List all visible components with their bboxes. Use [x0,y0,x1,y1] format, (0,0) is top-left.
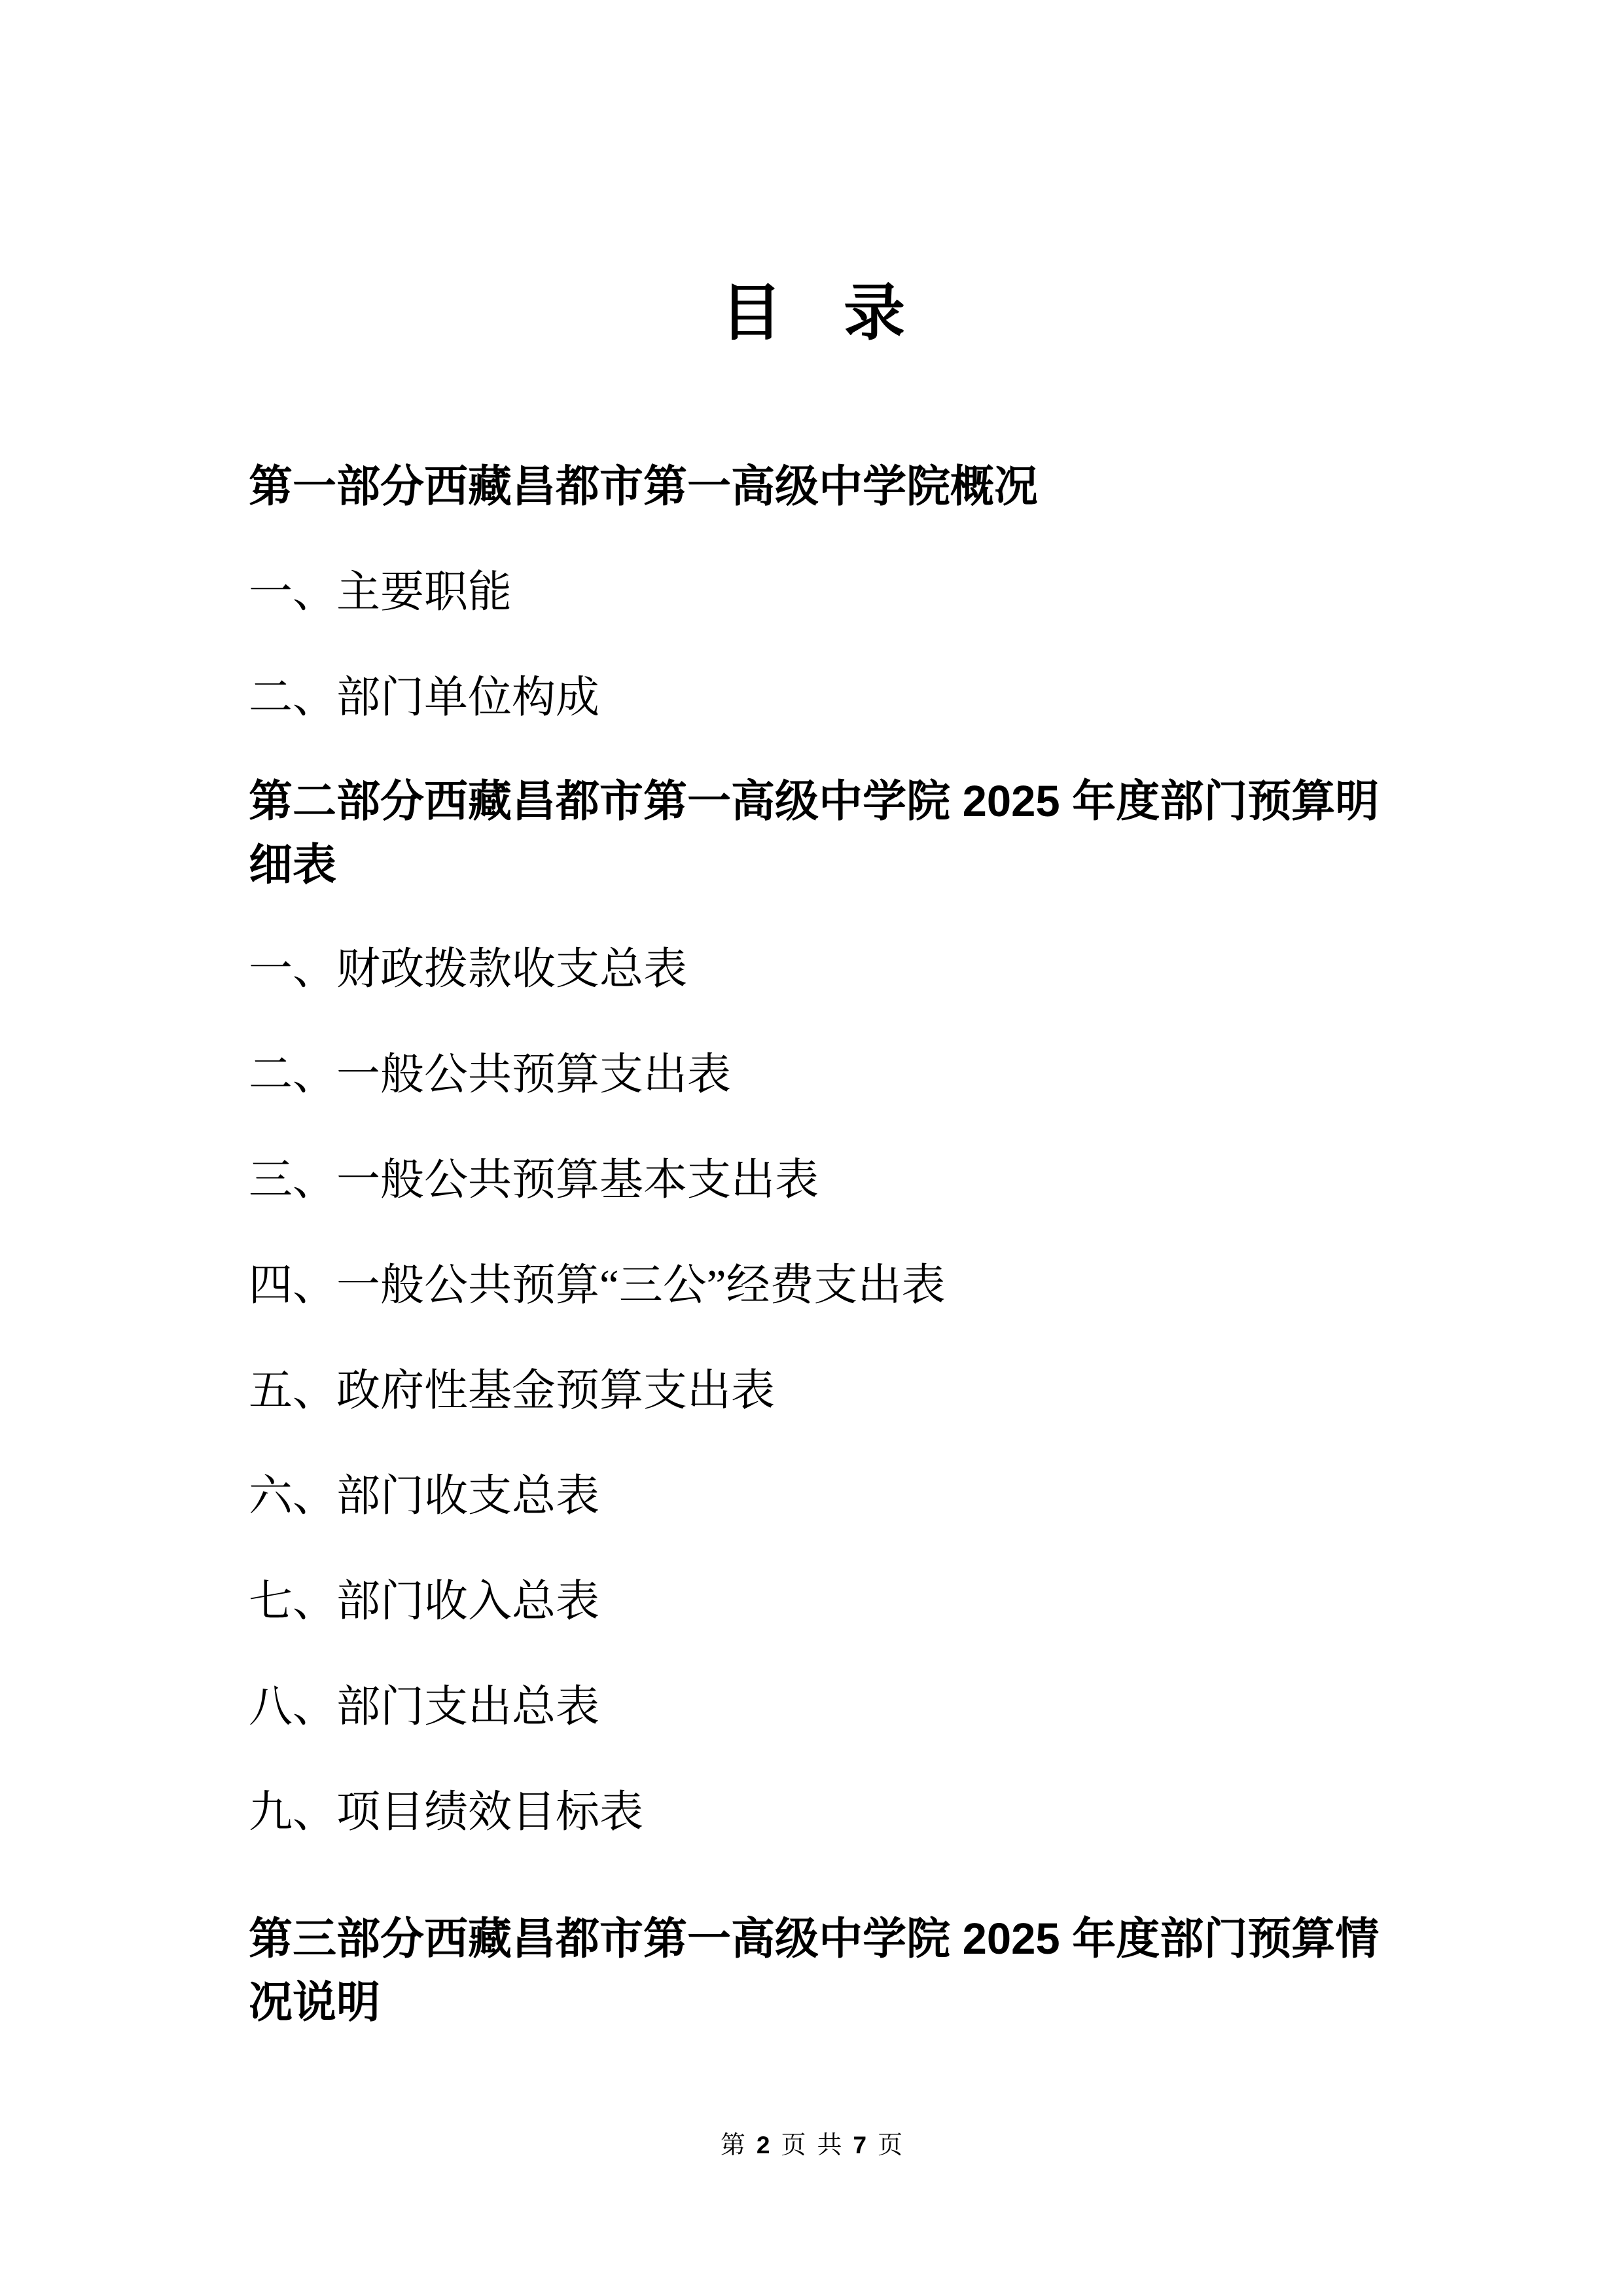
footer-label-ye-2: 页 [878,2131,902,2160]
toc-item-1-1: 一、主要职能 [249,560,1377,625]
toc-item-2-3: 三、一般公共预算基本支出表 [249,1147,1377,1213]
toc-item-2-5: 五、政府性基金预算支出表 [249,1358,1377,1424]
toc-item-2-8: 八、部门支出总表 [249,1674,1377,1740]
section-3-heading-line-2: 况说明 [249,1971,1377,2034]
toc-content: 目 录 第一部分西藏昌都市第一高级中学院概况 一、主要职能 二、部门单位构成 第… [249,0,1377,2034]
section-2-heading: 第二部分西藏昌都市第一高级中学院 2025 年度部门预算明细表 [249,770,1377,897]
total-pages: 7 [853,2131,867,2160]
toc-item-2-1: 一、财政拨款收支总表 [249,937,1377,1002]
page-number: 2 [757,2131,770,2160]
page-footer: 第2页共7页 [0,2131,1623,2160]
toc-item-2-2: 二、一般公共预算支出表 [249,1042,1377,1107]
document-page: 目 录 第一部分西藏昌都市第一高级中学院概况 一、主要职能 二、部门单位构成 第… [0,0,1623,2296]
section-1-heading: 第一部分西藏昌都市第一高级中学院概况 [249,454,1377,520]
footer-label-ye-1: 页 [781,2131,806,2160]
toc-item-2-9: 九、项目绩效目标表 [249,1780,1377,1845]
section-2-heading-line-2: 细表 [249,833,1377,897]
toc-item-1-2: 二、部门单位构成 [249,665,1377,730]
section-3-heading: 第三部分西藏昌都市第一高级中学院 2025 年度部门预算情况说明 [249,1907,1377,2034]
section-1-heading-line-1: 第一部分西藏昌都市第一高级中学院概况 [249,454,1377,520]
document-title: 目 录 [249,278,1377,350]
footer-label-gong: 共 [817,2131,842,2160]
section-2-heading-line-1: 第二部分西藏昌都市第一高级中学院 2025 年度部门预算明 [249,770,1377,833]
toc-item-2-7: 七、部门收入总表 [249,1569,1377,1634]
toc-item-2-6: 六、部门收支总表 [249,1463,1377,1529]
section-3-heading-line-1: 第三部分西藏昌都市第一高级中学院 2025 年度部门预算情 [249,1907,1377,1971]
toc-item-2-4: 四、一般公共预算“三公”经费支出表 [249,1253,1377,1318]
footer-label-di: 第 [721,2131,745,2160]
